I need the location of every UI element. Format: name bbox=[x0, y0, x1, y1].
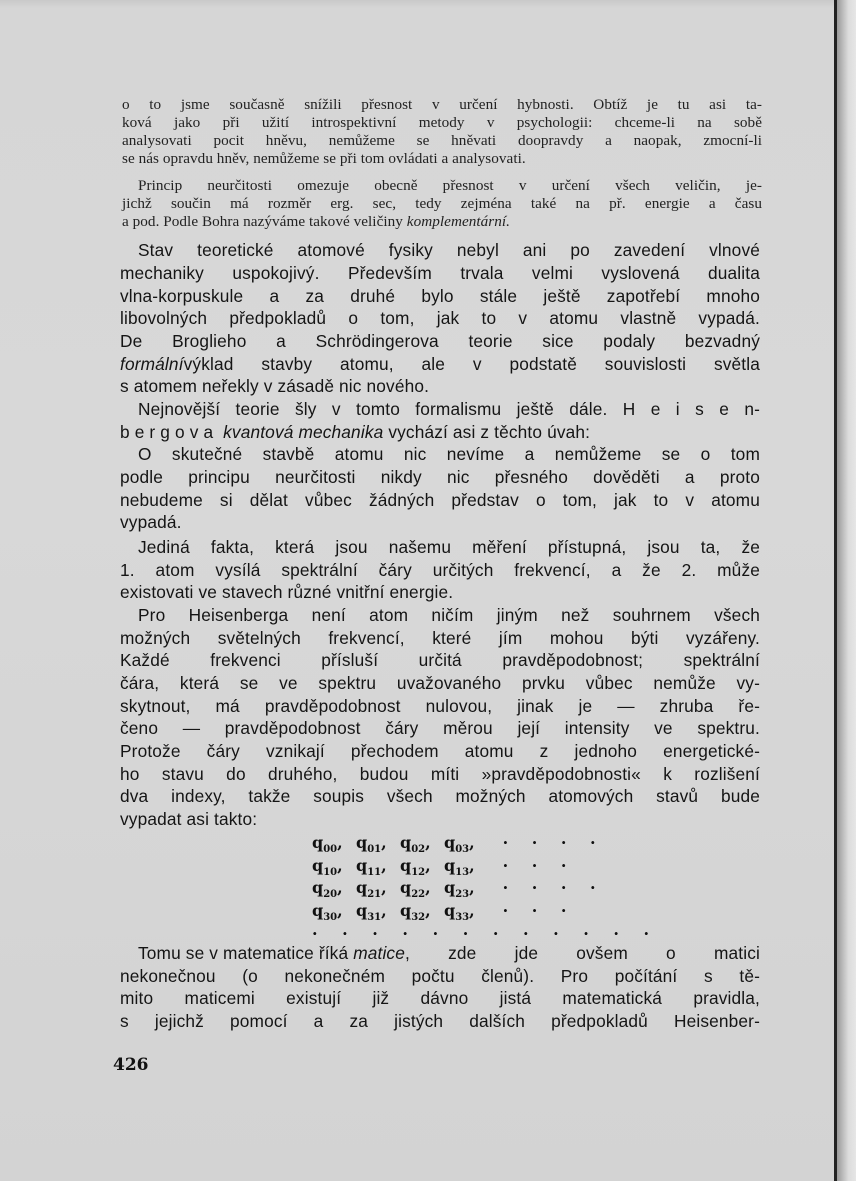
text-line: ho stavu do druhého, budou míti »pravděp… bbox=[120, 764, 760, 785]
text-line: vlna-korpuskule a za druhé bylo stále je… bbox=[120, 286, 760, 307]
text-line: Každé frekvenci přísluší určitá pravděpo… bbox=[120, 650, 760, 671]
text-line: Pro Heisenberga není atom ničím jiným ne… bbox=[138, 605, 760, 626]
text-line: o to jsme současně snížili přesnost v ur… bbox=[122, 96, 762, 114]
matrix-row: q30,q31,q32,q33, · · · bbox=[312, 901, 575, 923]
matrix-cell: q20, bbox=[312, 878, 356, 900]
spaced-name: b e r g o v a bbox=[120, 422, 213, 442]
matrix-cell: q30, bbox=[312, 901, 356, 923]
text-line: Protože čáry vznikají přechodem atomu z … bbox=[120, 741, 760, 762]
matrix-row: q20,q21,q22,q23, · · · · bbox=[312, 878, 605, 900]
matrix-cell: q02, bbox=[400, 833, 444, 855]
matrix-row: q00,q01,q02,q03, · · · · bbox=[312, 833, 605, 855]
text-line: b e r g o v a kvantová mechanika vychází… bbox=[120, 422, 590, 443]
ellipsis: · · · · bbox=[488, 878, 605, 897]
emphasis: matice bbox=[353, 943, 405, 964]
matrix-cell: q33, bbox=[444, 901, 488, 923]
matrix-cell: q13, bbox=[444, 856, 488, 878]
text-line: Tomu se v matematice říká matice, zde jd… bbox=[138, 943, 760, 964]
text-line: Princip neurčitosti omezuje obecně přesn… bbox=[138, 177, 762, 195]
text-line: vypadá. bbox=[120, 512, 182, 533]
matrix-cell: q00, bbox=[312, 833, 356, 855]
text-line: s atomem neřekly v zásadě nic nového. bbox=[120, 376, 429, 397]
matrix-cell: q32, bbox=[400, 901, 444, 923]
text-span: a pod. Podle Bohra nazýváme takové velič… bbox=[122, 213, 407, 230]
matrix-cell: q31, bbox=[356, 901, 400, 923]
text-line: De Broglieho a Schrödingerova teorie sic… bbox=[120, 331, 760, 352]
text-line: možných světelných frekvencí, které jím … bbox=[120, 628, 760, 649]
text-line: ková jako při užití introspektivní metod… bbox=[122, 114, 762, 132]
matrix-cell: q23, bbox=[444, 878, 488, 900]
text-span: Tomu se v matematice říká bbox=[138, 943, 353, 964]
matrix-cell: q22, bbox=[400, 878, 444, 900]
matrix-row-ellipsis: · · · · · · · · · · · · bbox=[312, 924, 659, 943]
ellipsis: · · · · bbox=[488, 833, 605, 852]
text-line: s jejichž pomocí a za jistých dalších př… bbox=[120, 1011, 760, 1032]
text-line: O skutečné stavbě atomu nic nevíme a nem… bbox=[138, 444, 760, 465]
book-page: o to jsme současně snížili přesnost v ur… bbox=[0, 0, 836, 1181]
matrix-cell: q01, bbox=[356, 833, 400, 855]
next-page-edge bbox=[837, 0, 856, 1181]
emphasis: kvantová mechanika bbox=[223, 422, 383, 442]
text-line: jichž součin má rozměr erg. sec, tedy ze… bbox=[122, 195, 762, 213]
text-line: mito maticemi existují již dávno jistá m… bbox=[120, 988, 760, 1009]
matrix-cell: q11, bbox=[356, 856, 400, 878]
matrix-row: q10,q11,q12,q13, · · · bbox=[312, 856, 575, 878]
page-number: 426 bbox=[113, 1055, 149, 1075]
text-line: čeno — pravděpodobnost čáry měrou její i… bbox=[120, 718, 760, 739]
text-line: libovolných předpokladů o tom, jak to v … bbox=[120, 308, 760, 329]
text-line: nebudeme si dělat vůbec žádných představ… bbox=[120, 490, 760, 511]
text-line: analysovati pocit hněvu, nemůžeme se hně… bbox=[122, 132, 762, 150]
text-line: čára, která se ve spektru uvažovaného pr… bbox=[120, 673, 760, 694]
text-line: formální výklad stavby atomu, ale v pods… bbox=[120, 354, 760, 375]
text-line: mechaniky uspokojivý. Především trvala v… bbox=[120, 263, 760, 284]
text-line: Nejnovější teorie šly v tomto formalismu… bbox=[138, 399, 760, 420]
text-span: výklad stavby atomu, ale v podstatě souv… bbox=[184, 354, 760, 375]
ellipsis: · · · bbox=[488, 856, 575, 875]
text-span: , zde jde ovšem o matici bbox=[405, 943, 760, 964]
ellipsis: · · · bbox=[488, 901, 575, 920]
text-line: dva indexy, takže soupis všech možných a… bbox=[120, 786, 760, 807]
matrix-cell: q12, bbox=[400, 856, 444, 878]
text-line: Stav teoretické atomové fysiky nebyl ani… bbox=[138, 240, 760, 261]
matrix-cell: q10, bbox=[312, 856, 356, 878]
text-line: skytnout, má pravděpodobnost nulovou, ji… bbox=[120, 696, 760, 717]
matrix-cell: q21, bbox=[356, 878, 400, 900]
emphasis: komplementární. bbox=[407, 213, 510, 230]
text-line: nekonečnou (o nekonečném počtu členů). P… bbox=[120, 966, 760, 987]
text-line: existovati ve stavech různé vnitřní ener… bbox=[120, 582, 453, 603]
text-line: Jediná fakta, která jsou našemu měření p… bbox=[138, 537, 760, 558]
text-line: se nás opravdu hněv, nemůžeme se při tom… bbox=[122, 150, 526, 168]
matrix-cell: q03, bbox=[444, 833, 488, 855]
text-span: vychází asi z těchto úvah: bbox=[383, 422, 590, 442]
text-line: vypadat asi takto: bbox=[120, 809, 257, 830]
emphasis: formální bbox=[120, 354, 184, 375]
text-line: 1. atom vysílá spektrální čáry určitých … bbox=[120, 560, 760, 581]
text-line: a pod. Podle Bohra nazýváme takové velič… bbox=[122, 213, 510, 231]
text-line: podle principu neurčitosti nikdy nic pře… bbox=[120, 467, 760, 488]
